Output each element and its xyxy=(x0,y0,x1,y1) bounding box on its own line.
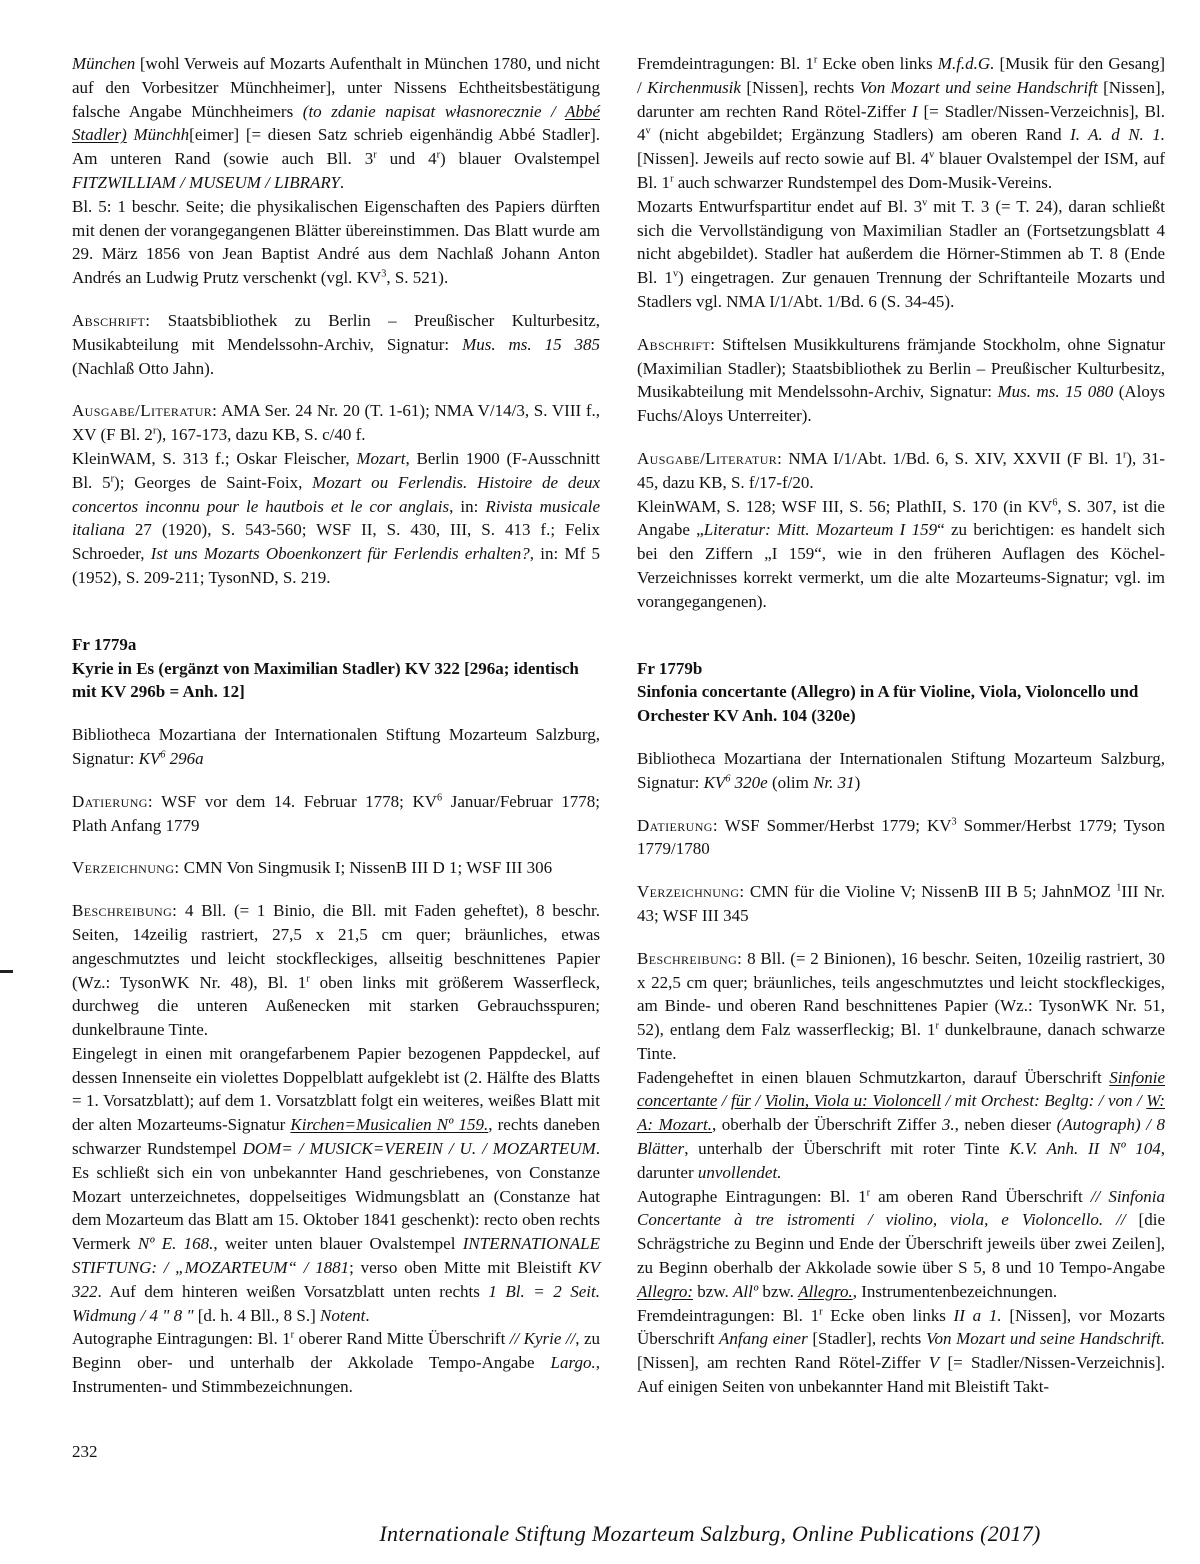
text-run: Mozarts Entwurfspartitur endet auf Bl. 3 xyxy=(637,197,922,216)
text-run: / xyxy=(751,1091,765,1110)
margin-dash xyxy=(0,970,13,973)
text-run: KV xyxy=(139,749,161,768)
text-run: . xyxy=(340,173,344,192)
paragraph: KleinWAM, S. 313 f.; Oskar Fleischer, Mo… xyxy=(72,447,600,590)
text-run: M.f.d.G. xyxy=(938,54,995,73)
text-run: ; verso oben Mitte mit Bleistift xyxy=(349,1258,578,1277)
text-run: Kyrie in Es (ergänzt von Maximilian Stad… xyxy=(72,659,579,702)
text-run: unvollendet. xyxy=(698,1163,782,1182)
text-run: [Nissen], rechts xyxy=(741,78,860,97)
text-run: Ecke oben links xyxy=(823,1306,954,1325)
text-run: Nr. 31 xyxy=(813,773,855,792)
text-run: . Auf dem hinteren weißen Vorsatzblatt u… xyxy=(98,1282,489,1301)
paragraph: Ausgabe/Literatur: AMA Ser. 24 Nr. 20 (T… xyxy=(72,399,600,447)
text-run: Mus. ms. 15 385 xyxy=(462,335,600,354)
text-run: Beschreibung: xyxy=(72,901,177,920)
section-heading: Kyrie in Es (ergänzt von Maximilian Stad… xyxy=(72,657,600,705)
text-run: Fremdeintragungen: Bl. 1 xyxy=(637,1306,819,1325)
text-run: Bl. 5: 1 beschr. Seite; die physikalisch… xyxy=(72,197,600,287)
text-run: (Nachlaß Otto Jahn). xyxy=(72,359,214,378)
text-run: KleinWAM, S. 313 f.; Oskar Fleischer, xyxy=(72,449,356,468)
text-run: WSF Sommer/Herbst 1779; KV xyxy=(718,816,952,835)
text-run: Fremdeintragungen: Bl. 1 xyxy=(637,54,814,73)
text-run: Datierung: xyxy=(637,816,718,835)
text-run: FITZWILLIAM / MUSEUM / LIBRARY xyxy=(72,173,340,192)
text-run: [Nissen]. Jeweils auf recto sowie auf Bl… xyxy=(637,149,929,168)
text-run: bzw. xyxy=(758,1282,798,1301)
footer-credit: Internationale Stiftung Mozarteum Salzbu… xyxy=(0,1521,1200,1547)
text-run: CMN für die Violine V; NissenB III B 5; … xyxy=(745,882,1117,901)
text-run: Datierung: xyxy=(72,792,153,811)
text-run: Mozart xyxy=(356,449,405,468)
text-run: Verzeichnung: xyxy=(72,858,180,877)
text-run: Allegro. xyxy=(798,1282,853,1301)
text-run: ) blauer Ovalstempel xyxy=(440,149,600,168)
text-run: // Kyrie // xyxy=(510,1329,576,1348)
text-run: . xyxy=(365,1306,369,1325)
paragraph: Eingelegt in einen mit orangefarbenem Pa… xyxy=(72,1042,600,1328)
text-run: NMA I/1/Abt. 1/Bd. 6, S. XIV, XXVII (F B… xyxy=(782,449,1123,468)
text-run: Fadengeheftet in einen blauen Schmutzkar… xyxy=(637,1068,1109,1087)
text-run: [d. h. 4 Bll., 8 S.] xyxy=(193,1306,320,1325)
text-run: Münchh xyxy=(127,125,189,144)
text-run: Allº xyxy=(733,1282,758,1301)
text-run: Ausgabe/Literatur: xyxy=(72,401,217,420)
text-run: Mus. ms. 15 080 xyxy=(997,382,1113,401)
text-run: 3. xyxy=(942,1115,955,1134)
right-column: Fremdeintragungen: Bl. 1r Ecke oben link… xyxy=(637,52,1165,1399)
text-run: (olim xyxy=(768,773,813,792)
text-run: , Instrumentenbezeichnungen. xyxy=(853,1282,1057,1301)
text-run: , unterhalb der Überschrift mit roter Ti… xyxy=(684,1139,1009,1158)
text-run: bzw. xyxy=(693,1282,733,1301)
text-run: Kirchenmusik xyxy=(647,78,741,97)
paragraph: Datierung: WSF Sommer/Herbst 1779; KV3 S… xyxy=(637,814,1165,862)
paragraph: Verzeichnung: CMN Von Singmusik I; Nisse… xyxy=(72,856,600,880)
paragraph: Abschrift: Stiftelsen Musikkulturens frä… xyxy=(637,333,1165,428)
text-run: für xyxy=(731,1091,751,1110)
paragraph: Abschrift: Staatsbibliothek zu Berlin – … xyxy=(72,309,600,380)
text-run: Anfang einer xyxy=(719,1329,808,1348)
text-run: II a 1. xyxy=(954,1306,1002,1325)
text-run: Ist uns Mozarts Oboenkonzert für Ferlend… xyxy=(151,544,530,563)
paragraph: Beschreibung: 4 Bll. (= 1 Binio, die Bll… xyxy=(72,899,600,1042)
text-run: am oberen Rand Überschrift xyxy=(870,1187,1091,1206)
paragraph: Autographe Eintragungen: Bl. 1r oberer R… xyxy=(72,1327,600,1398)
text-run: auch schwarzer Rundstempel des Dom-Musik… xyxy=(673,173,1052,192)
text-run: Fr 1779b xyxy=(637,659,702,678)
section-heading: Fr 1779a xyxy=(72,633,600,657)
text-run: Autographe Eintragungen: Bl. 1 xyxy=(72,1329,291,1348)
paragraph: Bibliotheca Mozartiana der International… xyxy=(637,747,1165,795)
paragraph: Autographe Eintragungen: Bl. 1r am obere… xyxy=(637,1185,1165,1304)
text-run: WSF vor dem 14. Februar 1778; KV xyxy=(153,792,437,811)
text-run: 296a xyxy=(165,749,203,768)
text-run: / xyxy=(717,1091,731,1110)
left-column: München [wohl Verweis auf Mozarts Aufent… xyxy=(72,52,600,1399)
text-run: 320e xyxy=(730,773,767,792)
text-run: Abschrift: xyxy=(72,311,150,330)
paragraph: Beschreibung: 8 Bll. (= 2 Binionen), 16 … xyxy=(637,947,1165,1066)
text-run: und 4 xyxy=(377,149,437,168)
text-run: Verzeichnung: xyxy=(637,882,745,901)
text-run: (to zdanie napisat własnorecznie / xyxy=(303,102,565,121)
paragraph: Mozarts Entwurfspartitur endet auf Bl. 3… xyxy=(637,195,1165,314)
two-column-text: München [wohl Verweis auf Mozarts Aufent… xyxy=(72,52,1165,1399)
text-run: Von Mozart und seine Handschrift. xyxy=(926,1329,1165,1348)
text-run: / mit Orchest: Begltg: / von / xyxy=(941,1091,1146,1110)
text-run: , weiter unten blauer Ovalstempel xyxy=(213,1234,462,1253)
page-number: 232 xyxy=(72,1442,98,1462)
text-run: [Stadler], rechts xyxy=(808,1329,926,1348)
text-run: , oberhalb der Überschrift Ziffer xyxy=(712,1115,942,1134)
text-run: CMN Von Singmusik I; NissenB III D 1; WS… xyxy=(180,858,553,877)
text-run: , S. 521). xyxy=(386,268,448,287)
text-run: Notent xyxy=(320,1306,365,1325)
text-run: Kirchen=Musicalien Nº 159. xyxy=(290,1115,488,1134)
text-run: V xyxy=(929,1353,939,1372)
text-run: München xyxy=(72,54,140,73)
text-run: Nº E. 168. xyxy=(138,1234,214,1253)
text-run: Violin, Viola u: Violoncell xyxy=(765,1091,941,1110)
paragraph: Ausgabe/Literatur: NMA I/1/Abt. 1/Bd. 6,… xyxy=(637,447,1165,495)
text-run: ); Georges de Saint-Foix, xyxy=(114,473,312,492)
text-run: , neben dieser xyxy=(955,1115,1057,1134)
section-heading: Sinfonia concertante (Allegro) in A für … xyxy=(637,680,1165,728)
paragraph: Bl. 5: 1 beschr. Seite; die physikalisch… xyxy=(72,195,600,290)
text-run: (nicht abgebildet; Ergänzung Stadlers) a… xyxy=(651,125,1071,144)
section-heading: Fr 1779b xyxy=(637,657,1165,681)
text-run: I. A. d N. 1. xyxy=(1070,125,1165,144)
text-run: Sinfonia concertante (Allegro) in A für … xyxy=(637,682,1138,725)
text-run: ), 167-173, dazu KB, S. c/40 f. xyxy=(156,425,365,444)
paragraph: Verzeichnung: CMN für die Violine V; Nis… xyxy=(637,880,1165,928)
paragraph: München [wohl Verweis auf Mozarts Aufent… xyxy=(72,52,600,195)
text-run: Beschreibung: xyxy=(637,949,742,968)
text-run: Allegro: xyxy=(637,1282,693,1301)
text-run: ) eingetragen. Zur genauen Trennung der … xyxy=(637,268,1165,311)
text-run: KleinWAM, S. 128; WSF III, S. 56; PlathI… xyxy=(637,497,1052,516)
text-run: Autographe Eintragungen: Bl. 1 xyxy=(637,1187,867,1206)
text-run: Ecke oben links xyxy=(817,54,938,73)
document-page: München [wohl Verweis auf Mozarts Aufent… xyxy=(0,0,1200,1564)
paragraph: Fadengeheftet in einen blauen Schmutzkar… xyxy=(637,1066,1165,1185)
text-run: Abschrift: xyxy=(637,335,715,354)
text-run: K.V. Anh. II Nº 104 xyxy=(1009,1139,1161,1158)
text-run: ) xyxy=(855,773,861,792)
paragraph: Fremdeintragungen: Bl. 1r Ecke oben link… xyxy=(637,52,1165,195)
text-run: oberer Rand Mitte Überschrift xyxy=(294,1329,510,1348)
text-run: Fr 1779a xyxy=(72,635,136,654)
text-run: Literatur: Mitt. Mozarteum I 159 xyxy=(704,520,937,539)
text-run: DOM= / MUSICK=VEREIN / U. / MOZARTEUM xyxy=(243,1139,596,1158)
text-run: Von Mozart und seine Handschrift xyxy=(860,78,1098,97)
text-run: [Nissen], am rechten Rand Rötel-Ziffer xyxy=(637,1353,929,1372)
paragraph: Bibliotheca Mozartiana der International… xyxy=(72,723,600,771)
paragraph: KleinWAM, S. 128; WSF III, S. 56; PlathI… xyxy=(637,495,1165,614)
text-run: , in: xyxy=(449,497,485,516)
text-run: Largo. xyxy=(551,1353,596,1372)
paragraph: Fremdeintragungen: Bl. 1r Ecke oben link… xyxy=(637,1304,1165,1399)
text-run: KV xyxy=(704,773,726,792)
paragraph: Datierung: WSF vor dem 14. Februar 1778;… xyxy=(72,790,600,838)
text-run: Ausgabe/Literatur: xyxy=(637,449,782,468)
